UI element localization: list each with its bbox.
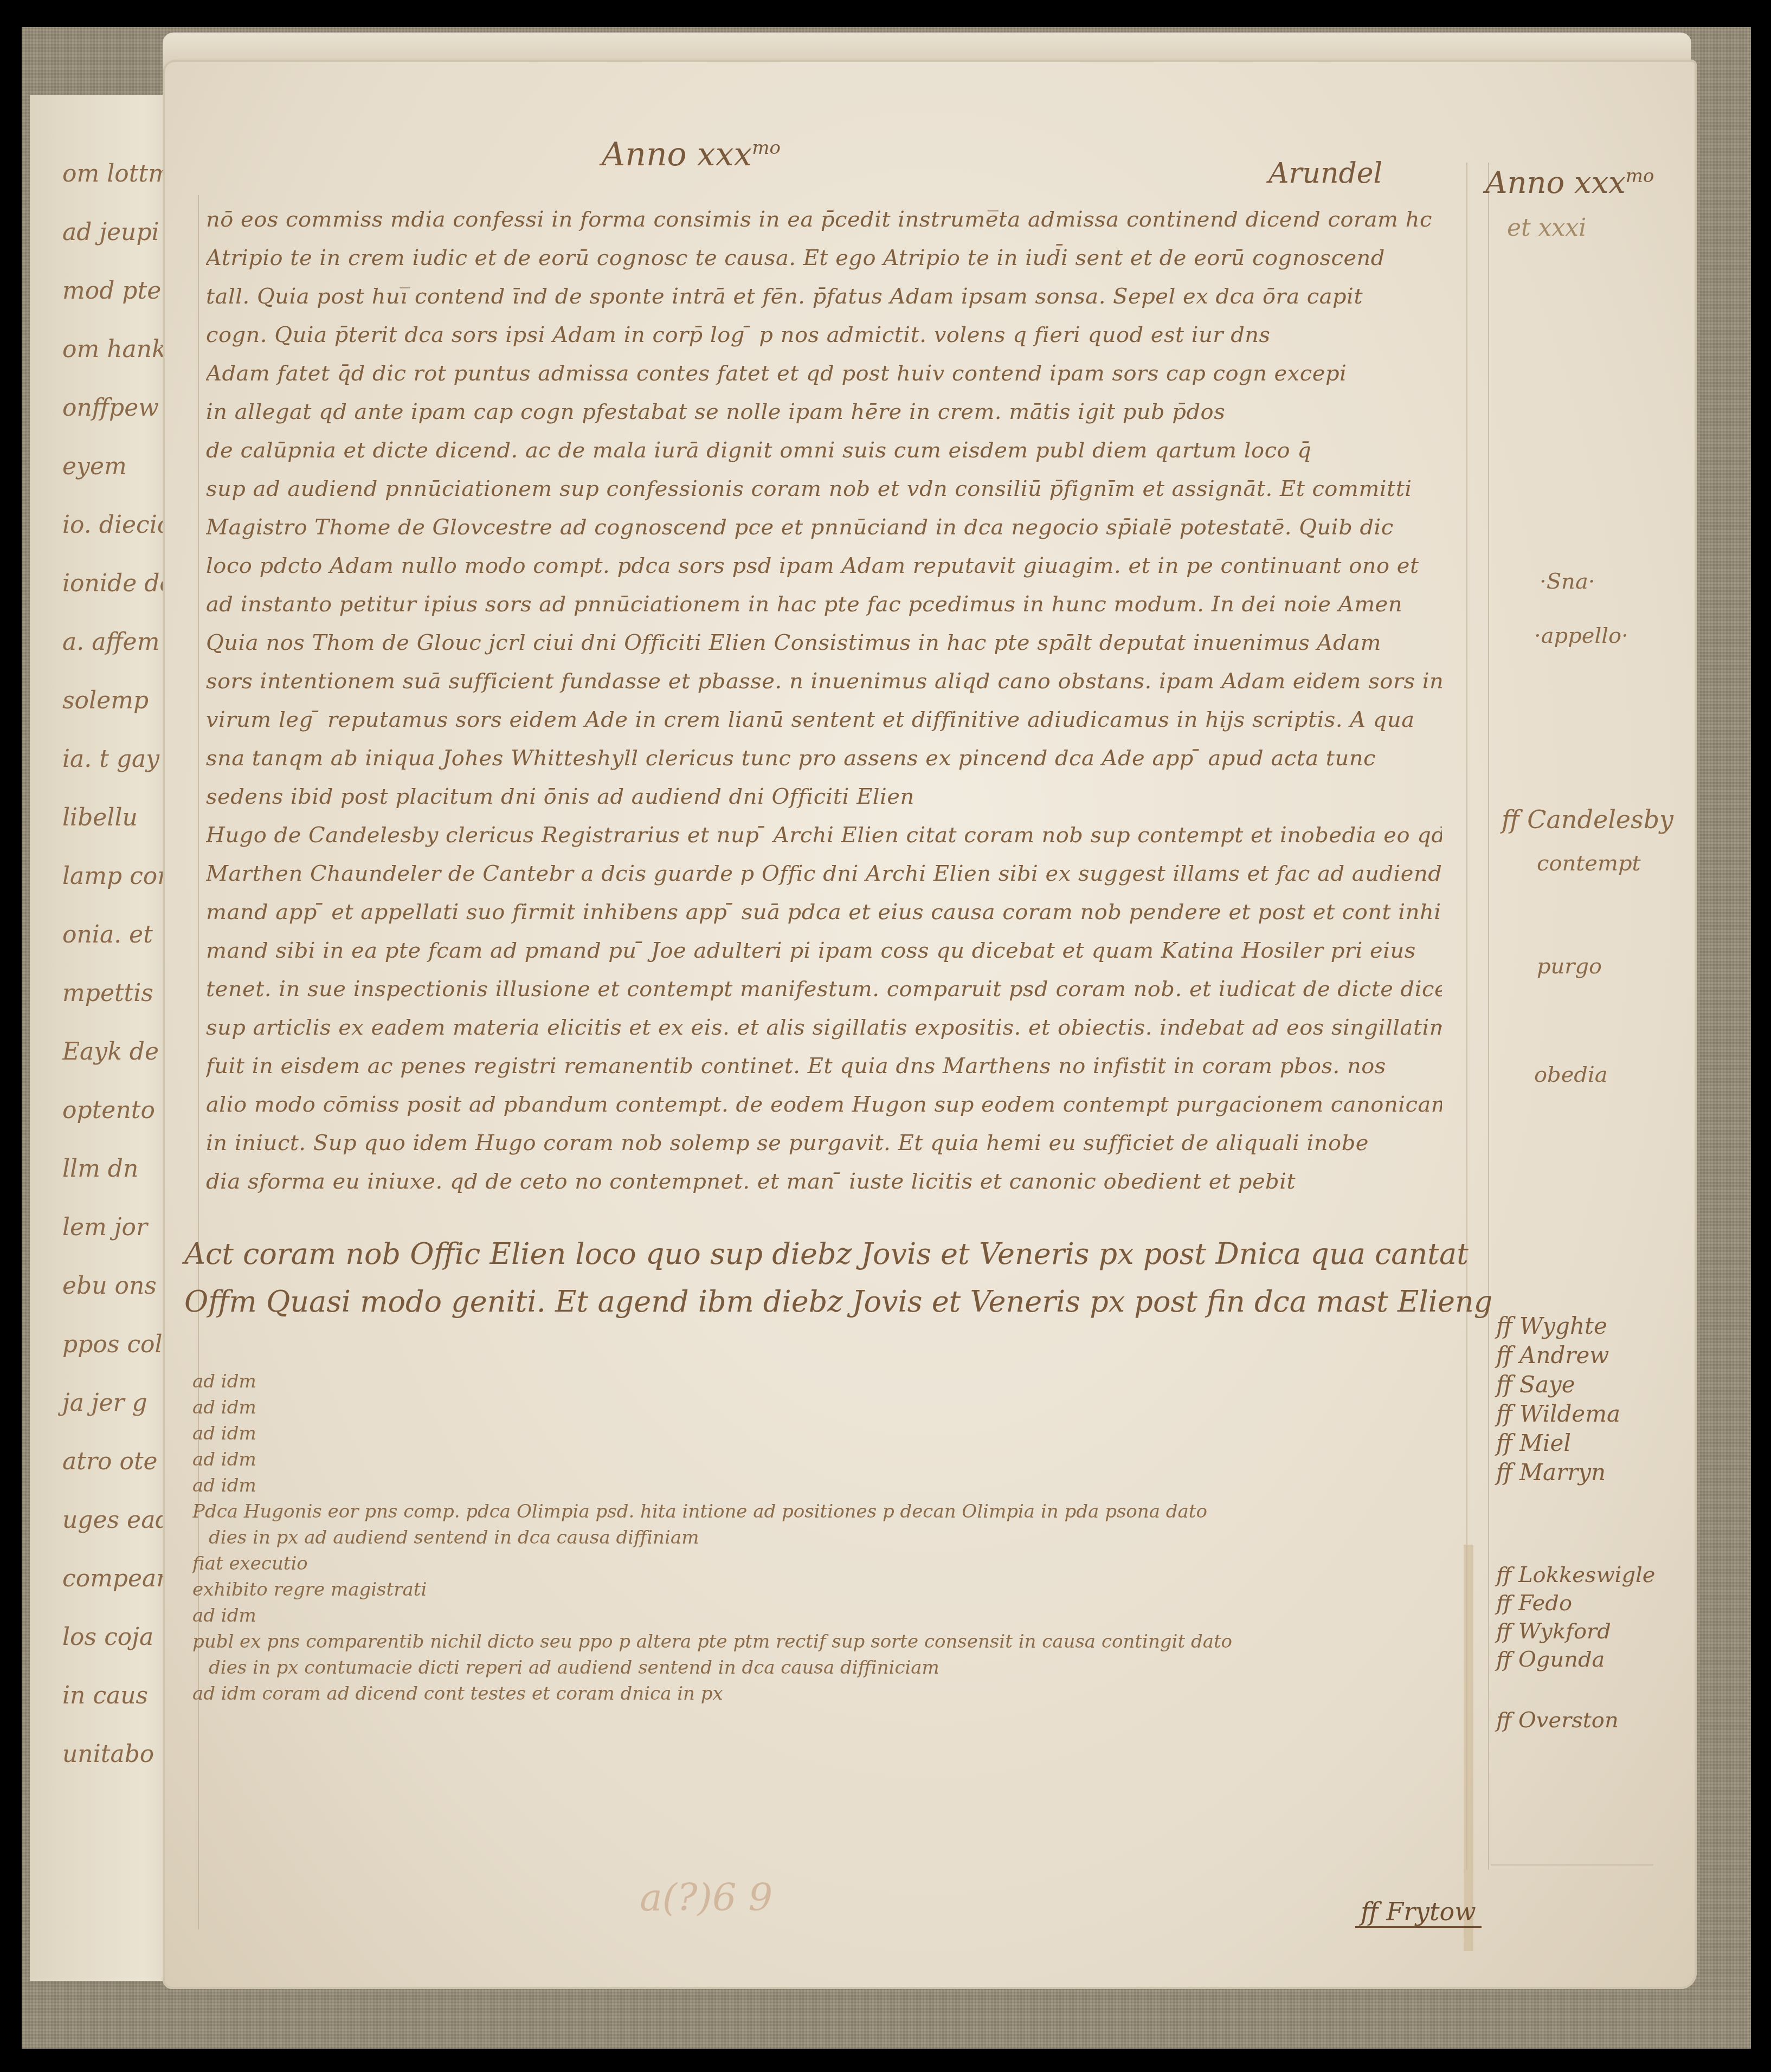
margin-names-group-1: ff Wyghteff Andrewff Sayeff Wildemaff Mi… — [1496, 1312, 1620, 1487]
session-entry: Pdca Hugonis eor pns comp. pdca Olimpia … — [192, 1499, 1450, 1525]
margin-name: ff Wildema — [1496, 1399, 1620, 1429]
left-page-fragment: lem jor — [62, 1213, 147, 1241]
left-page-fragment: eyem — [62, 453, 127, 480]
text-line: sors intentionem suā sufficient fundasse… — [206, 662, 1442, 701]
year-heading-left: Anno xxxmo — [602, 135, 781, 173]
margin-note-sna: ·Sna· — [1540, 569, 1595, 594]
hugo-entry-line: mand app ̄ et appellati suo firmit inhib… — [206, 893, 1442, 932]
margin-ruling-line-2 — [1488, 163, 1489, 1870]
hugo-entry-line: tenet. in sue inspectionis illusione et … — [206, 970, 1442, 1009]
hugo-entry-line: dia sforma eu iniuxe. qd de ceto no cont… — [206, 1163, 1442, 1201]
bottom-ruling-line — [1491, 1864, 1653, 1866]
left-page-fragment: ebu ons — [62, 1272, 157, 1300]
hugo-entry-line: Hugo de Candelesby clericus Registrarius… — [206, 816, 1442, 855]
margin-name: ff Fedo — [1496, 1589, 1655, 1617]
session-entries-list: ad idmad idmad idmad idmad idmPdca Hugon… — [192, 1369, 1450, 1707]
session-entry: dies in px contumacie dicti reperi ad au… — [192, 1655, 1450, 1681]
left-page-fragment: in caus — [62, 1682, 148, 1709]
session-entry: dies in px ad audiend sentend in dca cau… — [192, 1525, 1450, 1551]
hugo-entry-line: sup articlis ex eadem materia elicitis e… — [206, 1009, 1442, 1047]
margin-note-obedia: obedia — [1534, 1062, 1608, 1087]
left-page-fragment: om lottm — [62, 160, 171, 188]
left-page-fragment: Eayk de — [62, 1038, 159, 1066]
hugo-entry-line: fuit in eisdem ac penes registri remanen… — [206, 1047, 1442, 1086]
left-page-fragment: onffpew — [62, 394, 159, 422]
left-page-fragment: llm dn — [62, 1155, 138, 1183]
left-page-fragment: libellu — [62, 804, 138, 831]
margin-name: ff Saye — [1496, 1370, 1620, 1399]
left-page-fragment: io. diecio — [62, 511, 171, 539]
left-page-fragment: optento — [62, 1096, 155, 1124]
session-entry: exhibito regre magistrati — [192, 1577, 1450, 1603]
text-line: Magistro Thome de Glovcestre ad cognosce… — [206, 508, 1442, 547]
hugo-entry-line: mand sibi in ea pte fcam ad pmand pu ̄ J… — [206, 932, 1442, 970]
margin-names-group-2: ff Lokkeswigleff Fedoff Wykfordff Ogunda… — [1496, 1561, 1655, 1734]
margin-name: ff Wykford — [1496, 1617, 1655, 1645]
left-page-fragment: a. affem — [62, 628, 159, 656]
left-page-fragment: solemp — [62, 687, 149, 714]
session-heading-line-1: Act coram nob Offic Elien loco quo sup d… — [184, 1230, 1464, 1278]
session-entry: publ ex pns comparentib nichil dicto seu… — [192, 1629, 1450, 1655]
session-entry: ad idm — [192, 1473, 1450, 1499]
hugo-entry-line: Marthen Chaundeler de Cantebr a dcis gua… — [206, 855, 1442, 893]
margin-note-contempt: contempt — [1537, 851, 1641, 876]
hugo-entry-line: alio modo cōmiss posit ad pbandum contem… — [206, 1086, 1442, 1124]
left-page-fragment: mpettis — [62, 979, 153, 1007]
text-line: in allegat qd ante ipam cap cogn pfestab… — [206, 393, 1442, 431]
session-entry: ad idm coram ad dicend cont testes et co… — [192, 1681, 1450, 1707]
binding-guard-strip — [1464, 1545, 1473, 1951]
running-title: Arundel — [1268, 157, 1382, 190]
margin-name: ff Wyghte — [1496, 1312, 1620, 1341]
left-page-fragment: unitabo — [62, 1740, 154, 1768]
text-line: sedens ibid post placitum dni ōnis ad au… — [206, 778, 1442, 816]
session-entry: ad idm — [192, 1369, 1450, 1395]
left-page-fragment: ad jeupi — [62, 218, 159, 246]
pencil-folio-note: a(?)6 9 — [640, 1875, 772, 1920]
margin-note-appello: ·appello· — [1534, 623, 1628, 648]
session-heading-line-2: Offm Quasi modo geniti. Et agend ibm die… — [184, 1278, 1464, 1326]
text-line: Atripio te in crem iudic et de eorū cogn… — [206, 239, 1442, 277]
hugo-entry-line: in iniuct. Sup quo idem Hugo coram nob s… — [206, 1124, 1442, 1163]
session-entry: ad idm — [192, 1603, 1450, 1629]
margin-name: ff Andrew — [1496, 1341, 1620, 1370]
session-entry: ad idm — [192, 1395, 1450, 1421]
left-page-fragment: ppos coll — [62, 1331, 170, 1358]
left-page-fragment: onia. et — [62, 921, 153, 948]
left-page-fragment: atro ote — [62, 1448, 158, 1475]
signature: ff Frytow — [1355, 1897, 1482, 1928]
text-line: de calūpnia et dicte dicend. ac de mala … — [206, 431, 1442, 470]
left-page-fragment: ja jer g — [62, 1389, 147, 1417]
text-line: cogn. Quia p̄terit dca sors ipsi Adam in… — [206, 316, 1442, 354]
text-line: ad instanto petitur ipius sors ad pnnūci… — [206, 585, 1442, 624]
margin-name: ff Miel — [1496, 1429, 1620, 1458]
text-line: nō eos commiss mdia confessi in forma co… — [206, 201, 1442, 239]
text-line: Quia nos Thom de Glouc jcrl ciui dni Off… — [206, 624, 1442, 662]
left-page-fragment: mod pte — [62, 277, 161, 305]
left-page-fragment: los coja — [62, 1623, 153, 1651]
text-line: Adam fatet q̄d dic rot puntus admissa co… — [206, 354, 1442, 393]
session-entry: ad idm — [192, 1421, 1450, 1447]
margin-name: ff Ogunda — [1496, 1645, 1655, 1674]
margin-note-candelesby: ff Candelesby — [1502, 805, 1673, 834]
margin-note-purgo: purgo — [1537, 954, 1602, 979]
text-line: tall. Quia post hui̅ contend īnd de spon… — [206, 277, 1442, 316]
year-heading-right: Anno xxxmo — [1485, 165, 1654, 201]
text-line: sna tanqm ab iniqua Johes Whitteshyll cl… — [206, 739, 1442, 778]
margin-name: ff Overston — [1496, 1706, 1655, 1734]
text-line: loco pdcto Adam nullo modo compt. pdca s… — [206, 547, 1442, 585]
text-line: virum leg ̄ reputamus sors eidem Ade in … — [206, 701, 1442, 739]
session-heading: Act coram nob Offic Elien loco quo sup d… — [184, 1230, 1464, 1326]
main-text-block: nō eos commiss mdia confessi in forma co… — [206, 201, 1442, 1201]
session-entry: ad idm — [192, 1447, 1450, 1473]
session-entry: fiat executio — [192, 1551, 1450, 1577]
text-line: sup ad audiend pnnūciationem sup confess… — [206, 470, 1442, 508]
margin-name: ff Lokkeswigle — [1496, 1561, 1655, 1589]
margin-name: ff Marryn — [1496, 1458, 1620, 1487]
left-page-fragment: ionide de — [62, 570, 173, 597]
left-page-fragment: ia. t gay — [62, 745, 159, 773]
year-heading-right-sub: et xxxi — [1507, 214, 1586, 242]
